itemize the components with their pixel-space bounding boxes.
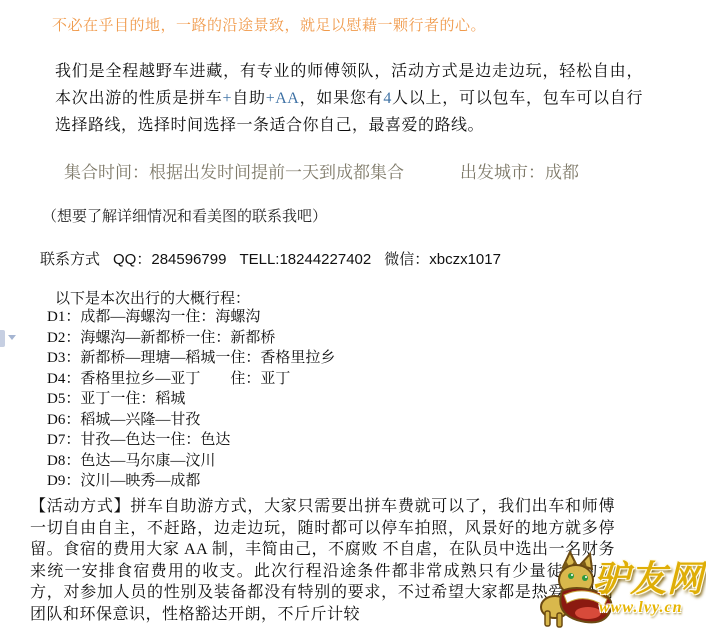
number-four-highlight: 4 [383, 90, 392, 107]
sidebar-collapse-handle[interactable] [0, 329, 16, 349]
aa-highlight: AA [275, 90, 299, 107]
contact-prefix: 联系方式 [40, 251, 100, 268]
post-content-page: 不必在乎目的地，一路的沿途景致，就足以慰藉一颗行者的心。 我们是全程越野车进藏，… [0, 0, 706, 628]
itinerary-day-6: D6：稻城—兴隆—甘孜 [47, 410, 335, 431]
plus-sign-2: + [266, 90, 276, 107]
itinerary-day-9: D9：汶川—映秀—成都 [47, 471, 335, 492]
plus-sign-1: + [222, 90, 232, 107]
meeting-info-line: 集合时间：根据出发时间提前一天到成都集合出发城市：成都 [64, 158, 579, 183]
itinerary-day-7: D7：甘孜—色达一住：色达 [47, 430, 335, 451]
site-watermark: 驴友网 www.lvy.cn [533, 549, 706, 628]
itinerary-heading: 以下是本次出行的大概行程： [55, 287, 250, 308]
itinerary-day-4: D4：香格里拉乡—亚丁 住：亚丁 [47, 369, 335, 390]
itinerary-day-2: D2：海螺沟—新都桥一住：新都桥 [47, 328, 335, 349]
itinerary-day-3: D3：新都桥—理塘—稻城一住：香格里拉乡 [47, 348, 335, 369]
site-name-watermark: 驴友网 [593, 551, 704, 602]
activity-mode-paragraph: 【活动方式】拼车自助游方式，大家只需要出拼车费就可以了，我们出车和师傅一切自由自… [30, 496, 615, 625]
trip-description-paragraph: 我们是全程越野车进藏，有专业的师傅领队，活动方式是边走边玩，轻松自由，本次出游的… [55, 58, 643, 139]
itinerary-day-list: D1：成都—海螺沟一住：海螺沟 D2：海螺沟—新都桥一住：新都桥 D3：新都桥—… [47, 307, 335, 492]
itinerary-day-5: D5：亚丁一住：稻城 [47, 389, 335, 410]
contact-line: 联系方式QQ：284596799TELL:18244227402微信：xbczx… [40, 248, 501, 269]
meeting-time-text: 集合时间：根据出发时间提前一天到成都集合 [64, 163, 404, 182]
itinerary-day-8: D8：色达—马尔康—汶川 [47, 451, 335, 472]
contact-wechat: 微信：xbczx1017 [384, 251, 501, 268]
departure-city-text: 出发城市：成都 [460, 163, 579, 182]
description-self-help: 自助 [232, 90, 266, 107]
site-url-watermark: www.lvy.cn [599, 599, 682, 617]
contact-qq: QQ：284596799 [113, 251, 226, 268]
sidebar-collapse-bar[interactable] [0, 330, 5, 347]
post-tagline: 不必在乎目的地，一路的沿途景致，就足以慰藉一颗行者的心。 [52, 16, 486, 36]
contact-tel: TELL:18244227402 [239, 251, 371, 268]
contact-note: （想要了解详细情况和看美图的联系我吧） [42, 205, 327, 226]
description-text-2: ，如果您有 [299, 90, 383, 107]
collapse-arrow-icon [8, 335, 16, 340]
itinerary-day-1: D1：成都—海螺沟一住：海螺沟 [47, 307, 335, 328]
